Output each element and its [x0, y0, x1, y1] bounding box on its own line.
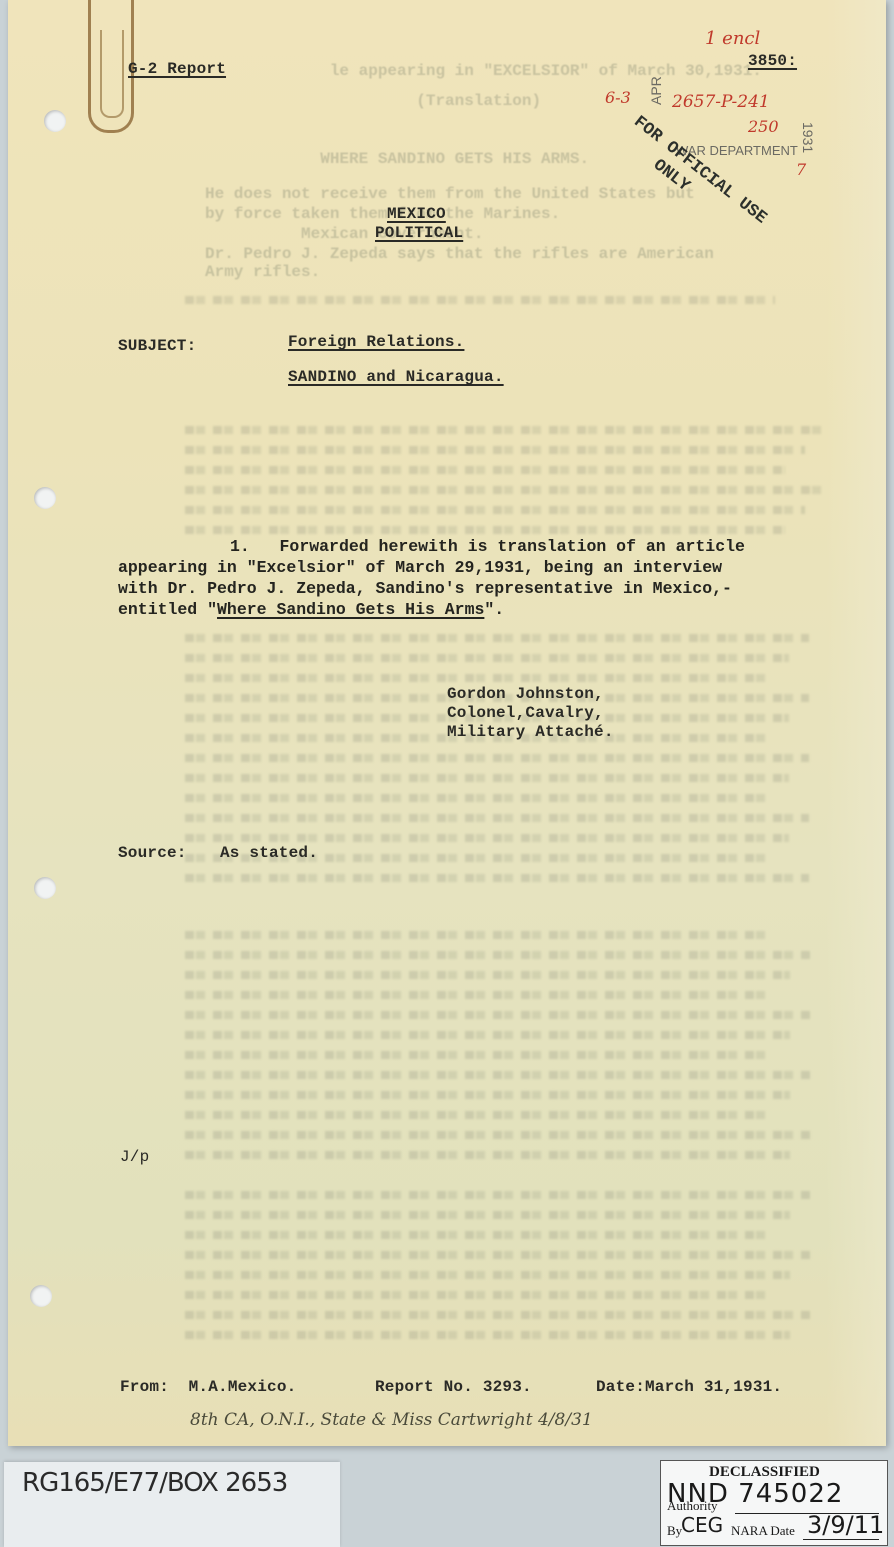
by-value: CEG [681, 1513, 723, 1537]
distribution-note: 8th CA, O.N.I., State & Miss Cartwright … [190, 1410, 593, 1430]
bleed-through-line [185, 1131, 810, 1139]
bleed-through-line [185, 674, 769, 682]
bleed-through-line [185, 971, 790, 979]
bleed-through-line [185, 991, 770, 999]
bleed-through-text: He does not receive them from the United… [205, 185, 695, 204]
bleed-through-line [185, 1071, 810, 1079]
bleed-through-line [185, 1011, 810, 1019]
binder-hole [34, 487, 56, 509]
bleed-through-line [185, 1211, 790, 1219]
red-mark: 7 [796, 160, 806, 179]
stamp-month: APR [648, 76, 664, 105]
bleed-through-line [185, 1291, 770, 1299]
file-subnumber: 250 [748, 117, 779, 136]
footer-report-no: Report No. 3293. [375, 1378, 532, 1396]
file-prefix: 6-3 [605, 88, 631, 107]
bleed-through-line [185, 1331, 790, 1339]
bleed-through-line [185, 446, 805, 454]
source-value: As stated. [220, 844, 318, 862]
binder-hole [34, 877, 56, 899]
bleed-through-line [185, 951, 810, 959]
bleed-through-line [185, 1031, 790, 1039]
bleed-through-line [185, 426, 825, 434]
report-type: G-2 Report [128, 60, 226, 78]
bleed-through-line [185, 774, 789, 782]
footer-date: Date:March 31,1931. [596, 1378, 782, 1396]
bleed-through-line [185, 931, 770, 939]
bleed-through-text: Dr. Pedro J. Zepeda says that the rifles… [205, 245, 714, 264]
bleed-through-line [185, 506, 805, 514]
signature-title: Military Attaché. [447, 723, 614, 741]
paperclip-icon [100, 30, 124, 118]
bleed-through-line [185, 526, 785, 534]
bleed-through-line [185, 1051, 770, 1059]
declassification-stamp: DECLASSIFIED NND 745022 Authority By CEG… [660, 1460, 888, 1546]
bleed-through-line [185, 466, 785, 474]
binder-hole [44, 110, 66, 132]
report-number: 3850: [748, 52, 797, 70]
archive-label: RG165/E77/BOX 2653 [22, 1468, 287, 1498]
bleed-through-line [185, 1151, 790, 1159]
bleed-through-line [185, 654, 789, 662]
bleed-through-line [185, 1231, 770, 1239]
bleed-through-text: by force taken them from the Marines. [205, 205, 560, 224]
category-country: MEXICO [387, 205, 446, 223]
enclosure-note: 1 encl [705, 28, 760, 49]
subject-line-1: Foreign Relations. [288, 333, 464, 351]
file-number: 2657-P-241 [672, 92, 770, 112]
paragraph-text-end: ". [484, 600, 504, 619]
bleed-through-line [185, 486, 825, 494]
source-label: Source: [118, 844, 187, 862]
date-value: 3/9/11 [807, 1511, 884, 1539]
paragraph-number: 1. [230, 537, 250, 556]
footer-from: From: M.A.Mexico. [120, 1378, 296, 1396]
bleed-through-line [185, 1191, 810, 1199]
date-underline [803, 1539, 879, 1540]
bleed-through-text: WHERE SANDINO GETS HIS ARMS. [205, 150, 589, 169]
bleed-through-text: le appearing in "EXCELSIOR" of March 30,… [205, 62, 762, 81]
subject-label: SUBJECT: [118, 337, 196, 355]
binder-hole [30, 1285, 52, 1307]
signature-name: Gordon Johnston, [447, 685, 604, 703]
bleed-through-line [185, 814, 809, 822]
bleed-through-line [185, 1111, 770, 1119]
bleed-through-line [185, 794, 769, 802]
bleed-through-line [185, 1311, 810, 1319]
signature-rank: Colonel,Cavalry, [447, 704, 604, 722]
by-label: By [667, 1523, 682, 1539]
article-title: Where Sandino Gets His Arms [217, 600, 484, 619]
stamp-year: 1931 [800, 122, 816, 153]
bleed-through-line [185, 754, 809, 762]
bleed-through-line [185, 634, 809, 642]
bleed-through-line [185, 1091, 790, 1099]
bleed-through-text: (Translation) [205, 92, 541, 111]
nara-date-label: NARA Date [731, 1523, 795, 1539]
bleed-through-line [185, 834, 789, 842]
category-topic: POLITICAL [375, 224, 463, 242]
body-paragraph: 1. Forwarded herewith is translation of … [118, 536, 758, 620]
bleed-through-line [185, 296, 775, 304]
authority-label: Authority [667, 1498, 718, 1514]
bleed-through-line [185, 1271, 790, 1279]
bleed-through-line [185, 874, 809, 882]
subject-line-2: SANDINO and Nicaragua. [288, 368, 504, 386]
typist-initials: J/p [120, 1148, 149, 1166]
bleed-through-line [185, 1251, 810, 1259]
bleed-through-text: Army rifles. [205, 263, 320, 282]
